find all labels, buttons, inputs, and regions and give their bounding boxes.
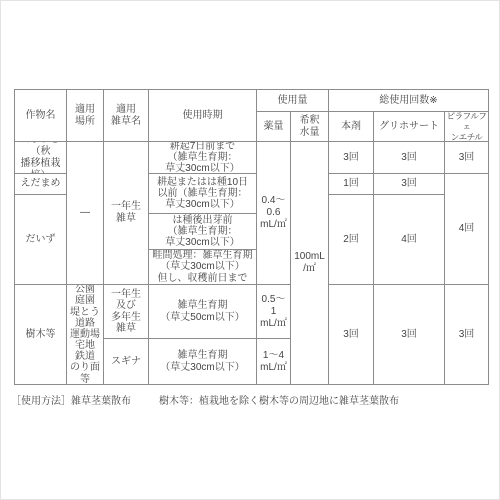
- th-dilution: 希釈 水量: [291, 112, 329, 142]
- jumoku-note: 樹木等：植栽地を除く樹木等の周辺地に雑草茎葉散布: [159, 392, 399, 407]
- cell-dose-1: 0.4～ 0.6 mL/㎡: [257, 142, 291, 285]
- cell-count-product-1: 3回: [329, 142, 374, 174]
- herbicide-usage-page: { "colors": { "border": "#8c8c8c", "text…: [0, 0, 500, 500]
- cell-count-pyraflufen-1: 3回: [445, 142, 489, 174]
- cell-crop-daizu: だいず: [15, 195, 67, 285]
- cell-period-5: 雑草生育期 （草丈50cm以下）: [149, 285, 257, 339]
- th-pyraflufen: ピラフルフェ ンエチル: [445, 112, 489, 142]
- cell-place-jumoku: 公園 庭園 堤とう 道路 運動場 宅地 鉄道 のり面 等: [67, 285, 104, 385]
- cell-period-1: 耕起7日前まで （雑草生育期： 草丈30cm以下）: [149, 142, 257, 174]
- cell-count-product-4: 3回: [329, 285, 374, 385]
- cell-count-glyphosate-3: 4回: [374, 195, 445, 285]
- cell-count-glyphosate-4: 3回: [374, 285, 445, 385]
- cell-period-4: 畦間処理：雑草生育期 （草丈30cm以下） 但し、収穫前日まで: [149, 250, 257, 285]
- cell-crop-tamanegi: たまねぎ（秋 播移植栽培）: [15, 142, 67, 174]
- cell-dose-2: 0.5～ 1 mL/㎡: [257, 285, 291, 339]
- cell-count-product-2: 1回: [329, 174, 374, 195]
- cell-count-glyphosate-1: 3回: [374, 142, 445, 174]
- cell-place-none: ―: [67, 142, 104, 285]
- cell-weed-annual-perennial: 一年生 及び 多年生 雑草: [104, 285, 149, 339]
- footer-notes: ［使用方法］雑草茎葉散布 樹木等：植栽地を除く樹木等の周辺地に雑草茎葉散布: [11, 392, 399, 407]
- cell-weed-annual: 一年生 雑草: [104, 142, 149, 285]
- cell-count-pyraflufen-3: 3回: [445, 285, 489, 385]
- th-place: 適用 場所: [67, 90, 104, 142]
- cell-count-product-3: 2回: [329, 195, 374, 285]
- th-product: 本剤: [329, 112, 374, 142]
- cell-period-3: は種後出芽前 （雑草生育期： 草丈30cm以下）: [149, 214, 257, 250]
- usage-table: 作物名 適用 場所 適用 雑草名 使用時期 使用量 総使用回数※ 薬量 希釈 水…: [14, 89, 489, 385]
- th-glyphosate: グリホサート: [374, 112, 445, 142]
- cell-crop-jumoku: 樹木等: [15, 285, 67, 385]
- usage-method-note: ［使用方法］雑草茎葉散布: [11, 392, 131, 407]
- th-total-count: 総使用回数※: [329, 90, 489, 112]
- cell-weed-sugina: スギナ: [104, 339, 149, 385]
- th-period: 使用時期: [149, 90, 257, 142]
- th-amount: 使用量: [257, 90, 329, 112]
- cell-crop-edamame: えだまめ: [15, 174, 67, 195]
- th-crop: 作物名: [15, 90, 67, 142]
- cell-period-2: 耕起またはは種10日 以前（雑草生育期： 草丈30cm以下）: [149, 174, 257, 214]
- cell-count-pyraflufen-2: 4回: [445, 174, 489, 285]
- cell-period-6: 雑草生育期 （草丈30cm以下）: [149, 339, 257, 385]
- th-dose: 薬量: [257, 112, 291, 142]
- cell-count-glyphosate-2: 3回: [374, 174, 445, 195]
- th-weed: 適用 雑草名: [104, 90, 149, 142]
- cell-dose-3: 1～4 mL/㎡: [257, 339, 291, 385]
- cell-dilution: 100mL /㎡: [291, 142, 329, 385]
